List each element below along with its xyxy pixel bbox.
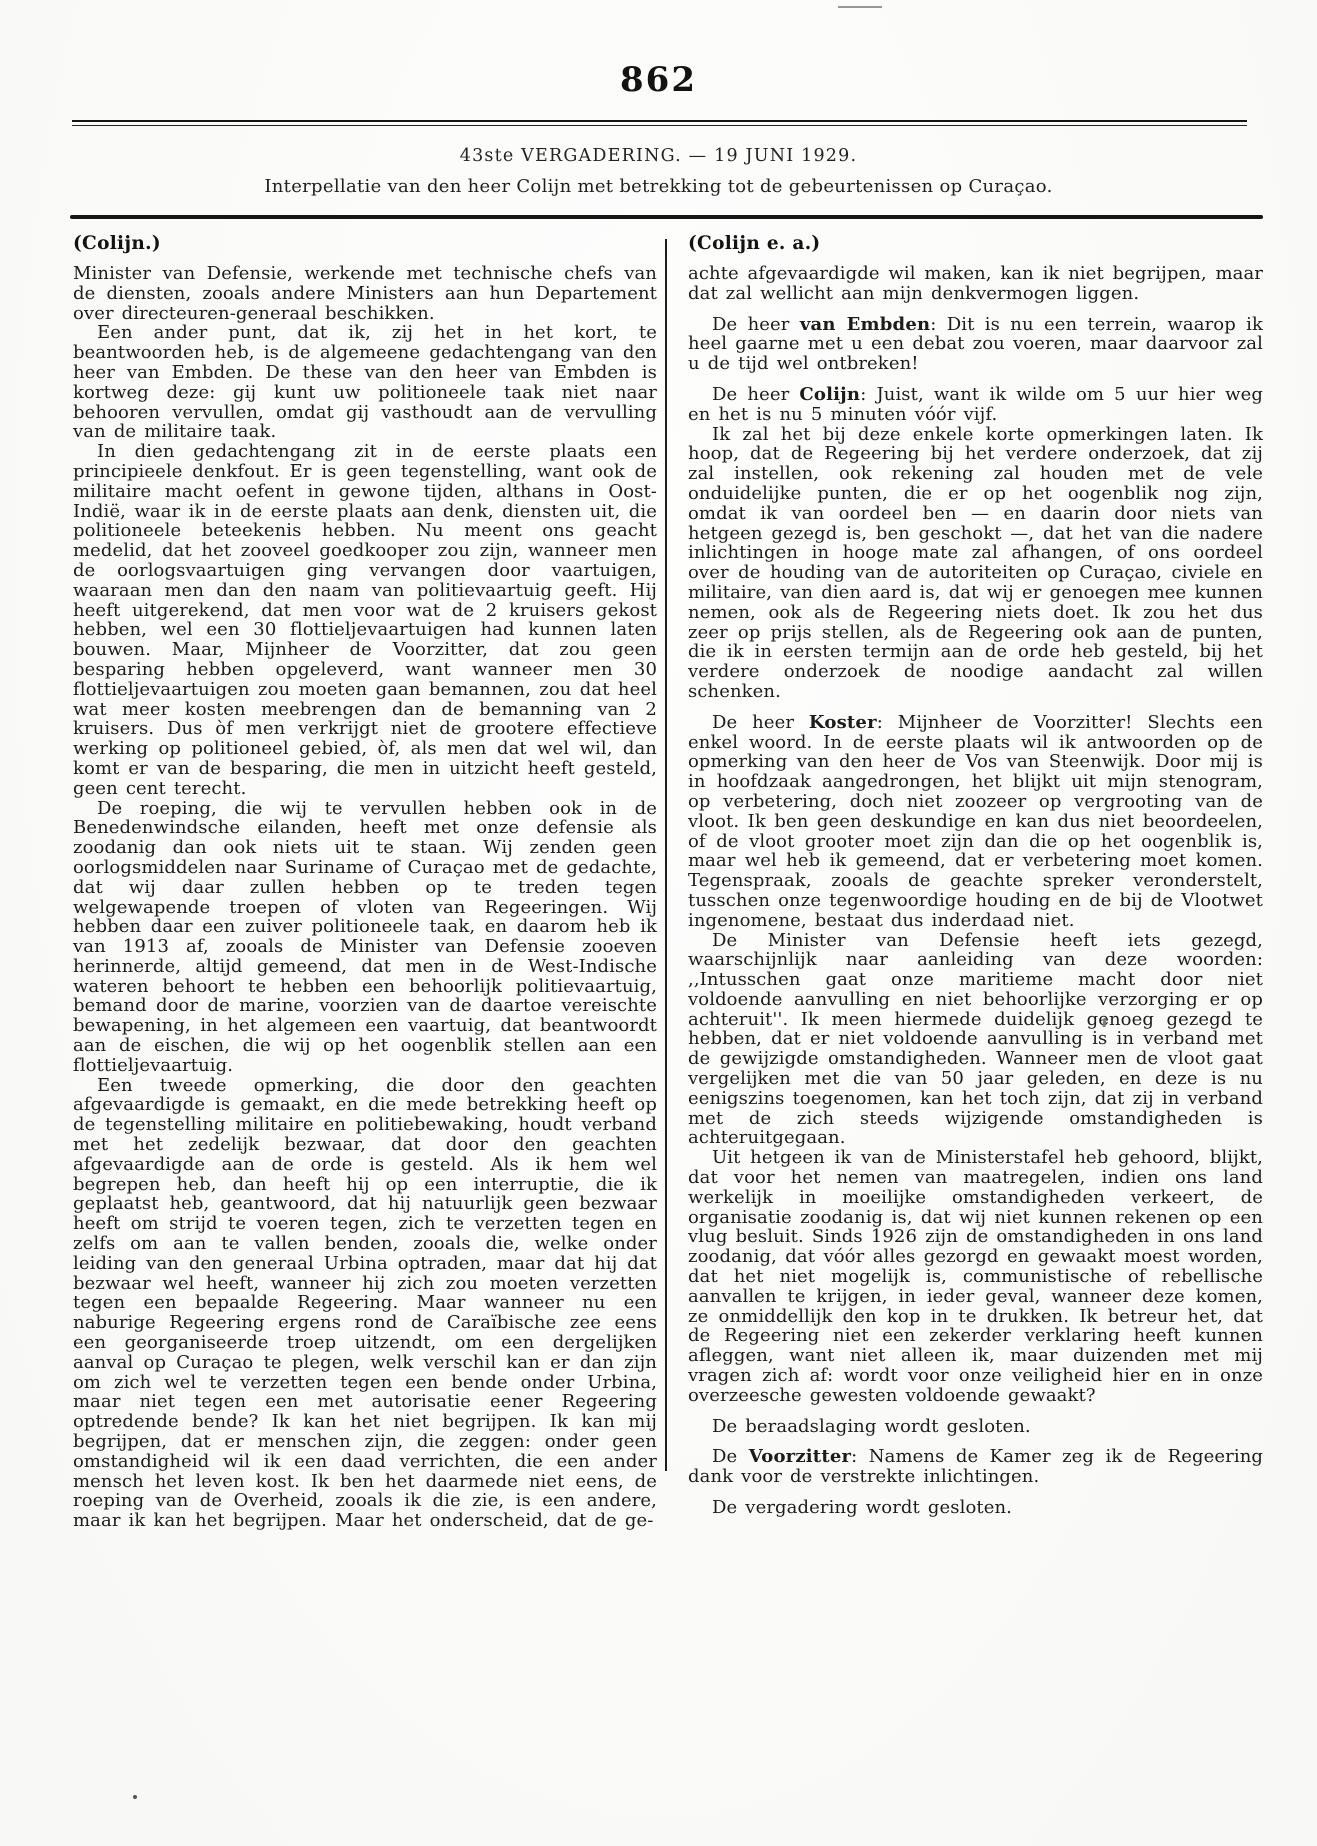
paragraph: In dien gedachtengang zit in de eerste p… (73, 442, 657, 798)
speech-paragraph: De heer Koster: Mijnheer de Voorzitter! … (688, 713, 1263, 931)
column-heading-left: (Colijn.) (73, 233, 657, 254)
speech-prefix: De heer (712, 384, 799, 405)
paragraph: Een tweede opmerking, die door den geach… (73, 1076, 657, 1531)
interpellation-subtitle: Interpellatie van den heer Colijn met be… (0, 176, 1317, 197)
paragraph: achte afgevaardigde wil maken, kan ik ni… (688, 264, 1263, 304)
speech-prefix: De heer (712, 712, 809, 733)
double-rule (72, 120, 1247, 126)
scan-artifact (838, 6, 882, 8)
paragraph: Minister van Defensie, werkende met tech… (73, 264, 657, 323)
paragraph: Ik zal het bij deze enkele korte opmerki… (688, 425, 1263, 702)
left-column: (Colijn.) Minister van Defensie, werkend… (73, 231, 657, 1531)
speech-paragraph: De Voorzitter: Namens de Kamer zeg ik de… (688, 1447, 1263, 1487)
document-page: 862 43ste VERGADERING. — 19 JUNI 1929. I… (0, 0, 1317, 1846)
procedural-line: De beraadslaging wordt gesloten. (688, 1417, 1263, 1437)
paragraph: Uit hetgeen ik van de Ministerstafel heb… (688, 1148, 1263, 1405)
column-heading-right: (Colijn e. a.) (688, 233, 1263, 254)
page-number: 862 (0, 60, 1317, 100)
paragraph: De Minister van Defensie heeft iets geze… (688, 931, 1263, 1149)
column-divider (665, 239, 667, 1471)
paragraph: De roeping, die wij te vervullen hebben … (73, 799, 657, 1076)
paragraph: Een ander punt, dat ik, zij het in het k… (73, 323, 657, 442)
speech-text: : Mijnheer de Voorzitter! Slechts een en… (688, 712, 1263, 931)
header-rule (70, 215, 1263, 219)
speaker-name: Voorzitter (749, 1446, 851, 1467)
right-column: (Colijn e. a.) achte afgevaardigde wil m… (688, 231, 1263, 1518)
speaker-name: Koster (809, 712, 877, 733)
session-title: 43ste VERGADERING. — 19 JUNI 1929. (0, 146, 1317, 166)
speaker-name: van Embden (800, 314, 930, 335)
procedural-line: De vergadering wordt gesloten. (688, 1498, 1263, 1518)
speech-prefix: De (712, 1446, 749, 1467)
speech-paragraph: De heer Colijn: Juist, want ik wilde om … (688, 385, 1263, 425)
speech-paragraph: De heer van Embden: Dit is nu een terrei… (688, 315, 1263, 374)
two-column-body: (Colijn.) Minister van Defensie, werkend… (73, 231, 1263, 1476)
scan-artifact (133, 1795, 137, 1799)
speech-prefix: De heer (712, 314, 800, 335)
speaker-name: Colijn (799, 384, 860, 405)
